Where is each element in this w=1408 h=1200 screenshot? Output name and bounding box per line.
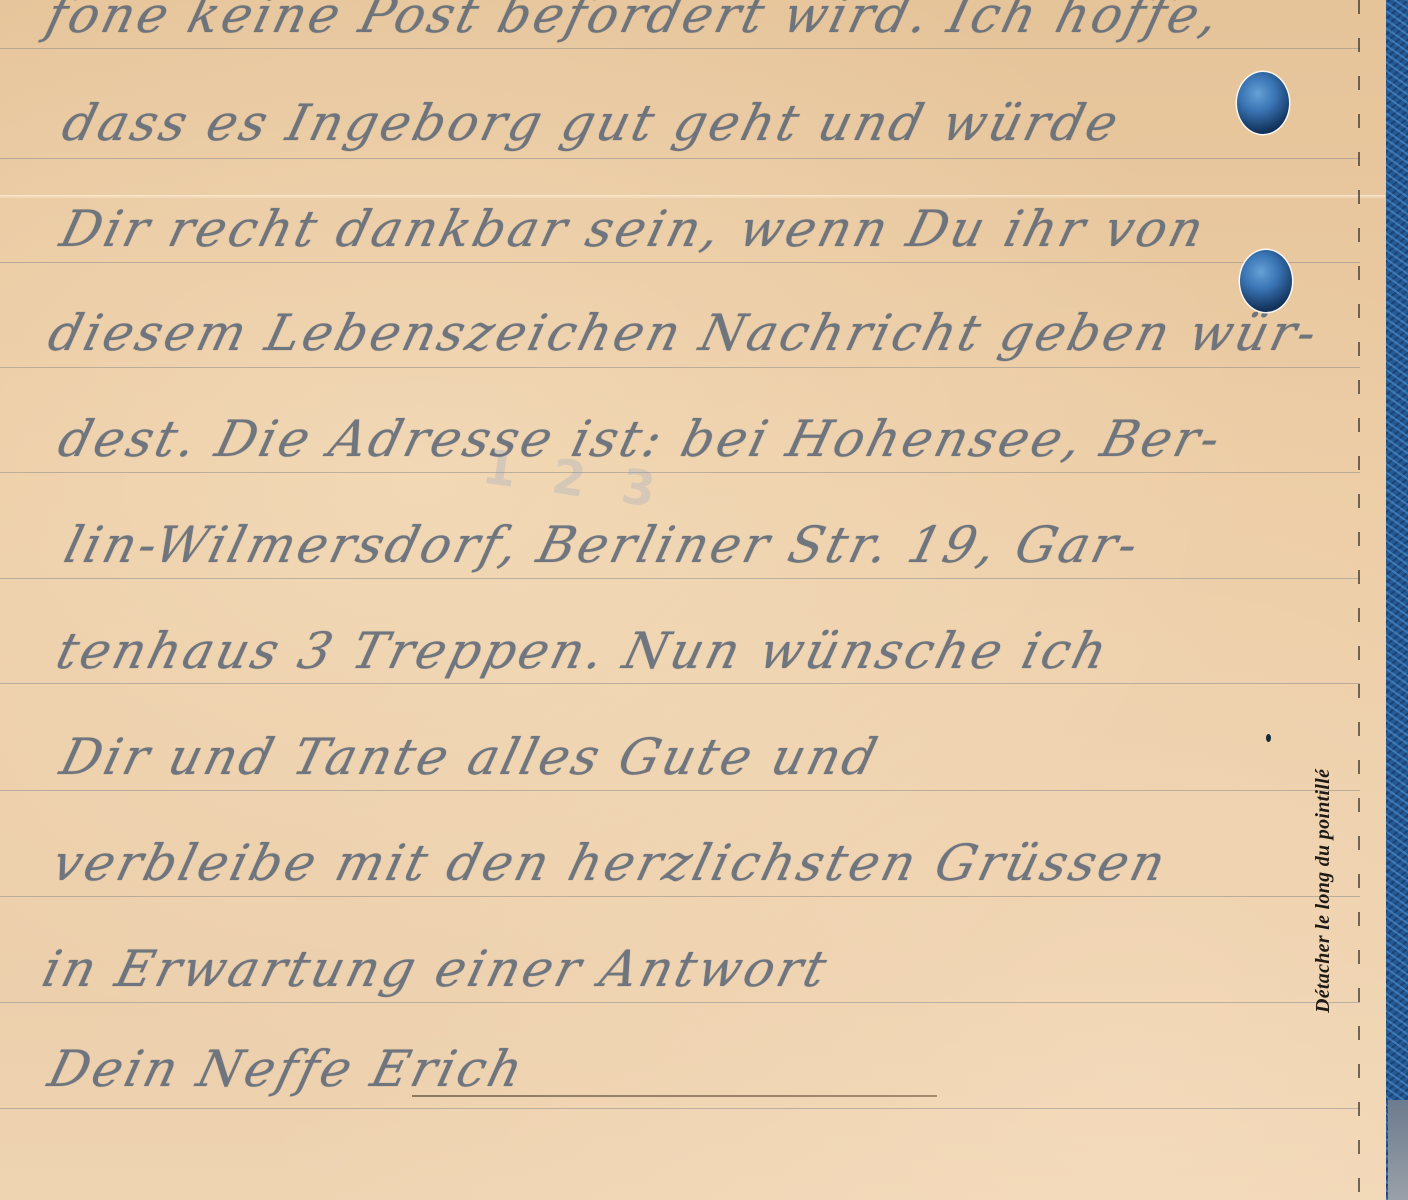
letter-line-6: lin-Wilmersdorf, Berliner Str. 19, Gar-	[59, 516, 1147, 574]
ink-spot	[1266, 734, 1271, 742]
punch-hole-icon	[1240, 250, 1292, 312]
letter-line-10: in Erwartung einer Antwort	[37, 940, 835, 998]
paper-crease	[412, 1095, 937, 1097]
ruled-line	[0, 1108, 1360, 1109]
ruled-line	[0, 367, 1360, 368]
punch-hole-icon	[1237, 72, 1289, 134]
letter-line-8: Dir und Tante alles Gute und	[55, 728, 886, 786]
ruled-line	[0, 896, 1360, 897]
ruled-line	[0, 1002, 1360, 1003]
letter-line-1: fone keine Post befördert wird. Ich hoff…	[41, 0, 1227, 44]
letter-line-9: verbleibe mit den herzlichsten Grüssen	[47, 834, 1174, 892]
ruled-line	[0, 48, 1360, 49]
ruled-line	[0, 262, 1360, 263]
perforation-line	[1358, 0, 1360, 1200]
ruled-line	[0, 790, 1360, 791]
detach-instruction: Détacher le long du pointillé	[1312, 769, 1335, 1013]
letter-line-2: dass es Ingeborg gut geht und würde	[57, 94, 1127, 152]
letter-line-4: diesem Lebenszeichen Nachricht geben wür…	[43, 304, 1326, 362]
paper-fold	[0, 195, 1385, 198]
backing-shadow	[1388, 1100, 1408, 1200]
letter-line-5: dest. Die Adresse ist: bei Hohensee, Ber…	[53, 410, 1229, 468]
scanned-letter: 1 2 3 fone keine Post befördert wird. Ic…	[0, 0, 1408, 1200]
ruled-line	[0, 158, 1360, 159]
letter-line-7: tenhaus 3 Treppen. Nun wünsche ich	[51, 622, 1116, 680]
letter-line-3: Dir recht dankbar sein, wenn Du ihr von	[55, 200, 1213, 258]
letter-signature: Dein Neffe Erich	[43, 1040, 532, 1098]
blue-backing	[1386, 0, 1408, 1200]
